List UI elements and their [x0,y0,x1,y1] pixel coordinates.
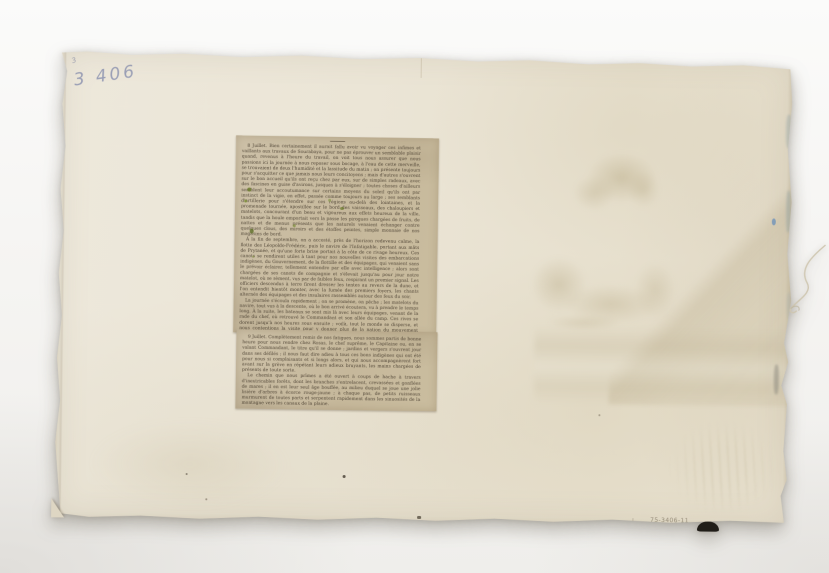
mould-speck [340,207,344,210]
stain-bottom-left [64,408,315,521]
inventory-number-handwritten: 3 406 [73,62,139,91]
stain-mountain-wash [609,134,795,407]
clipping-paragraph: 8 Juillet. Bien certainement il aurait f… [241,142,421,239]
mould-speck [250,229,254,234]
catalog-tick-mark: L [632,518,635,525]
paper-speck [343,475,346,478]
clipping-text: 8 Juillet. Bien certainement il aurait f… [239,142,421,335]
mould-speck [244,199,247,202]
stain-horizontal-band [534,325,791,406]
paper-fibre [781,242,829,317]
corner-fold [51,498,64,517]
blue-pigment-speck [772,218,776,225]
clipping-divider [330,141,345,142]
edge-smudge [786,115,792,149]
clipping-paragraph: 9 Juillet. Complètement remis de nos fat… [242,334,421,375]
album-sheet: 3 3 406 8 Juillet. Bien certainement il … [52,47,795,526]
corner-mark: 3 [71,56,78,65]
paper-speck [598,414,600,416]
stain-foliage-blots [514,241,690,338]
paper-chip [697,521,719,531]
paper-speck [186,473,188,475]
newspaper-clipping-2: 9 Juillet. Complètement remis de nos fat… [235,329,437,411]
edge-smudge [786,191,792,233]
stain-tree-blot [561,142,672,221]
mould-speck [247,188,251,192]
paper-sheet: 3 3 406 8 Juillet. Bien certainement il … [52,47,795,526]
mould-speck [328,199,331,202]
photo-backdrop: 3 3 406 8 Juillet. Bien certainement il … [0,0,829,573]
newspaper-clipping-1: 8 Juillet. Bien certainement il aurait f… [233,135,439,335]
clipping-paragraph: Le chemin que nous prîmes a été ouvert à… [241,372,420,408]
edge-smudge [774,364,779,394]
mould-speck [293,224,296,227]
paper-speck [205,498,207,500]
left-fold-stripe [52,47,67,517]
catalog-number-pencil: 75-3406-11 [650,517,689,525]
clipping-paragraph: À la fin de septembre, on a accosté, prè… [240,236,420,299]
mould-speck [252,256,254,258]
paper-speck [417,516,421,519]
stain-grass-strokes [664,417,783,518]
top-crease [421,56,422,78]
clipping-text: 9 Juillet. Complètement remis de nos fat… [241,334,421,408]
